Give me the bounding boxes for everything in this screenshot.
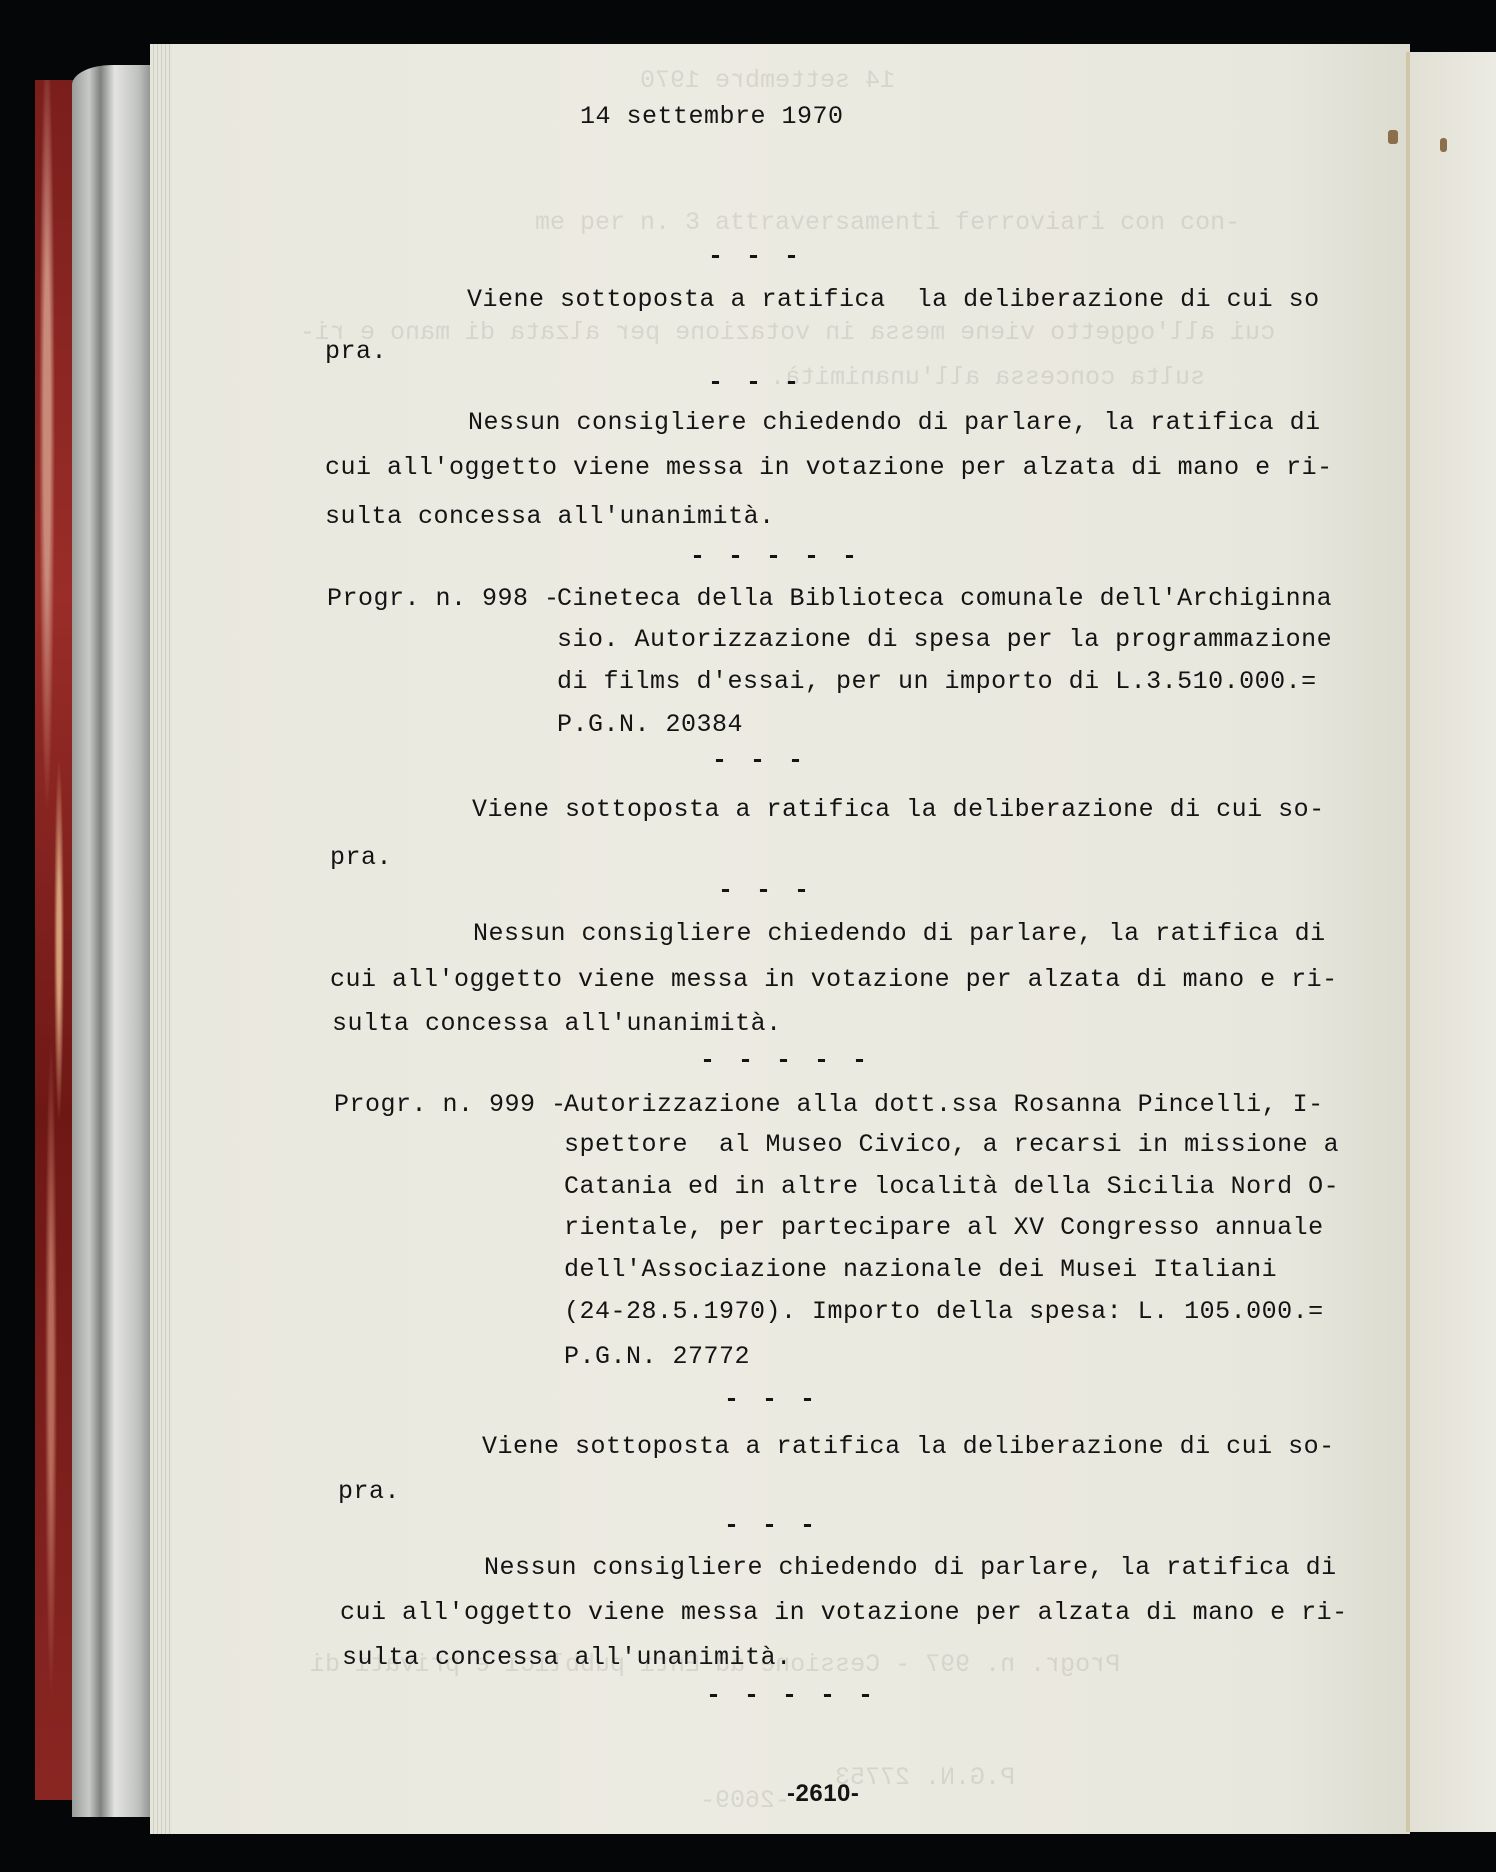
binding-hole xyxy=(1388,130,1398,144)
ratifica-text: Viene sottoposta a ratifica la deliberaz… xyxy=(467,287,1320,312)
vote-text: cui all'oggetto viene messa in votazione… xyxy=(325,455,1333,480)
vote-text: Nessun consigliere chiedendo di parlare,… xyxy=(484,1555,1337,1580)
progr-text: (24-28.5.1970). Importo della spesa: L. … xyxy=(564,1299,1324,1324)
vote-text: sulta concessa all'unanimità. xyxy=(332,1011,782,1036)
separator: - - - - - xyxy=(700,1048,871,1073)
vote-text: sulta concessa all'unanimità. xyxy=(325,504,775,529)
bleed-through-text: sulta concessa all'unanimità. xyxy=(770,365,1205,390)
page-number: -2610- xyxy=(787,1782,859,1806)
ratifica-text: pra. xyxy=(325,339,387,364)
ratifica-text: pra. xyxy=(338,1479,400,1504)
bleed-through-text: -2609- xyxy=(700,1788,790,1813)
vote-text: Nessun consigliere chiedendo di parlare,… xyxy=(468,410,1321,435)
vote-text: Nessun consigliere chiedendo di parlare,… xyxy=(473,921,1326,946)
separator: - - - - - xyxy=(690,544,861,569)
progr-label: Progr. n. 998 - xyxy=(327,586,560,611)
vote-text: sulta concessa all'unanimità. xyxy=(342,1645,792,1670)
bleed-through-text: 14 settembre 1970 xyxy=(640,68,895,93)
bleed-through-text: me per n. 3 attraversamenti ferroviari c… xyxy=(535,210,1240,235)
ratifica-text: Viene sottoposta a ratifica la deliberaz… xyxy=(482,1434,1335,1459)
separator: - - - xyxy=(718,878,813,903)
progr-text: Catania ed in altre località della Sicil… xyxy=(564,1174,1339,1199)
separator: - - - xyxy=(712,748,807,773)
progr-text: Cineteca della Biblioteca comunale dell'… xyxy=(557,586,1332,611)
progr-text: sio. Autorizzazione di spesa per la prog… xyxy=(557,627,1332,652)
ratifica-text: Viene sottoposta a ratifica la deliberaz… xyxy=(472,797,1325,822)
bleed-through-text: cui all'oggetto viene messa in votazione… xyxy=(300,320,1275,345)
progr-text: di films d'essai, per un importo di L.3.… xyxy=(557,669,1317,694)
binding-hole xyxy=(1440,138,1447,152)
vote-text: cui all'oggetto viene messa in votazione… xyxy=(330,967,1338,992)
separator: - - - xyxy=(708,370,803,395)
header-date: 14 settembre 1970 xyxy=(580,104,844,129)
progr-text: spettore al Museo Civico, a recarsi in m… xyxy=(564,1132,1339,1157)
separator: - - - - - xyxy=(706,1683,877,1708)
pgn-number: P.G.N. 27772 xyxy=(564,1344,750,1369)
separator: - - - xyxy=(708,244,803,269)
separator: - - - xyxy=(724,1387,819,1412)
vote-text: cui all'oggetto viene messa in votazione… xyxy=(340,1600,1348,1625)
progr-text: dell'Associazione nazionale dei Musei It… xyxy=(564,1257,1277,1282)
book-cover-marbled xyxy=(35,80,75,1800)
progr-text: rientale, per partecipare al XV Congress… xyxy=(564,1215,1324,1240)
progr-text: Autorizzazione alla dott.ssa Rosanna Pin… xyxy=(564,1092,1324,1117)
ratifica-text: pra. xyxy=(330,845,392,870)
separator: - - - xyxy=(724,1513,819,1538)
bleed-through-text: P.G.N. 27753 xyxy=(835,1765,1015,1790)
facing-page xyxy=(1410,52,1496,1832)
progr-label: Progr. n. 999 - xyxy=(334,1092,567,1117)
pgn-number: P.G.N. 20384 xyxy=(557,712,743,737)
